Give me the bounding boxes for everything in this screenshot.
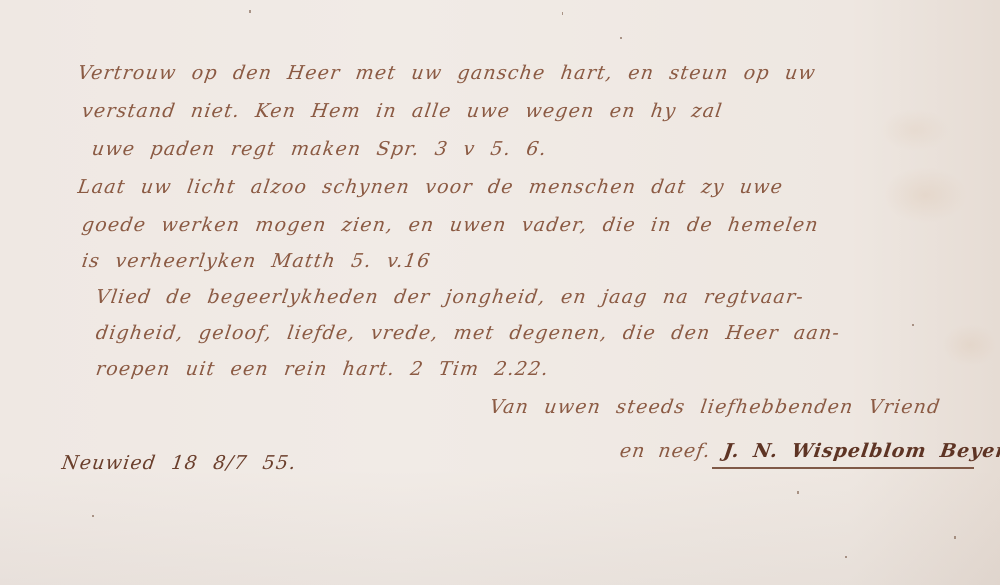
- paper-speck: [845, 556, 847, 558]
- passage-3-line-1: Vlied de begeerlykheden der jongheid, en…: [94, 286, 805, 308]
- paper-speck: [620, 37, 622, 39]
- paper-speck: [249, 10, 251, 13]
- paper-speck: [797, 491, 799, 494]
- signature-prefix: en neef.: [618, 440, 712, 462]
- manuscript-page: Vertrouw op den Heer met uw gansche hart…: [0, 0, 1000, 585]
- signature-line: en neef. J. N. Wispelblom Beyer.: [618, 440, 1000, 462]
- passage-2-line-1: Laat uw licht alzoo schynen voor de mens…: [76, 176, 784, 198]
- passage-3-line-2: digheid, geloof, liefde, vrede, met dege…: [94, 322, 841, 344]
- passage-1-line-2: verstand niet. Ken Hem in alle uwe wegen…: [80, 100, 724, 122]
- signature-underline: [712, 467, 974, 469]
- passage-1-line-1: Vertrouw op den Heer met uw gansche hart…: [76, 62, 817, 84]
- signature-name: J. N. Wispelblom Beyer.: [722, 440, 1000, 462]
- passage-1-line-3: uwe paden regt maken Spr. 3 v 5. 6.: [90, 138, 548, 160]
- paper-speck: [954, 536, 956, 539]
- paper-speck: [92, 515, 94, 517]
- paper-speck: [912, 324, 914, 326]
- paper-speck: [562, 12, 563, 15]
- passage-3-line-3: roepen uit een rein hart. 2 Tim 2.22.: [94, 358, 550, 380]
- passage-2-line-2: goede werken mogen zien, en uwen vader, …: [80, 214, 820, 236]
- closing-salutation: Van uwen steeds liefhebbenden Vriend: [488, 396, 942, 418]
- passage-2-line-3: is verheerlyken Matth 5. v.16: [80, 250, 432, 272]
- place-and-date: Neuwied 18 8/7 55.: [60, 452, 298, 474]
